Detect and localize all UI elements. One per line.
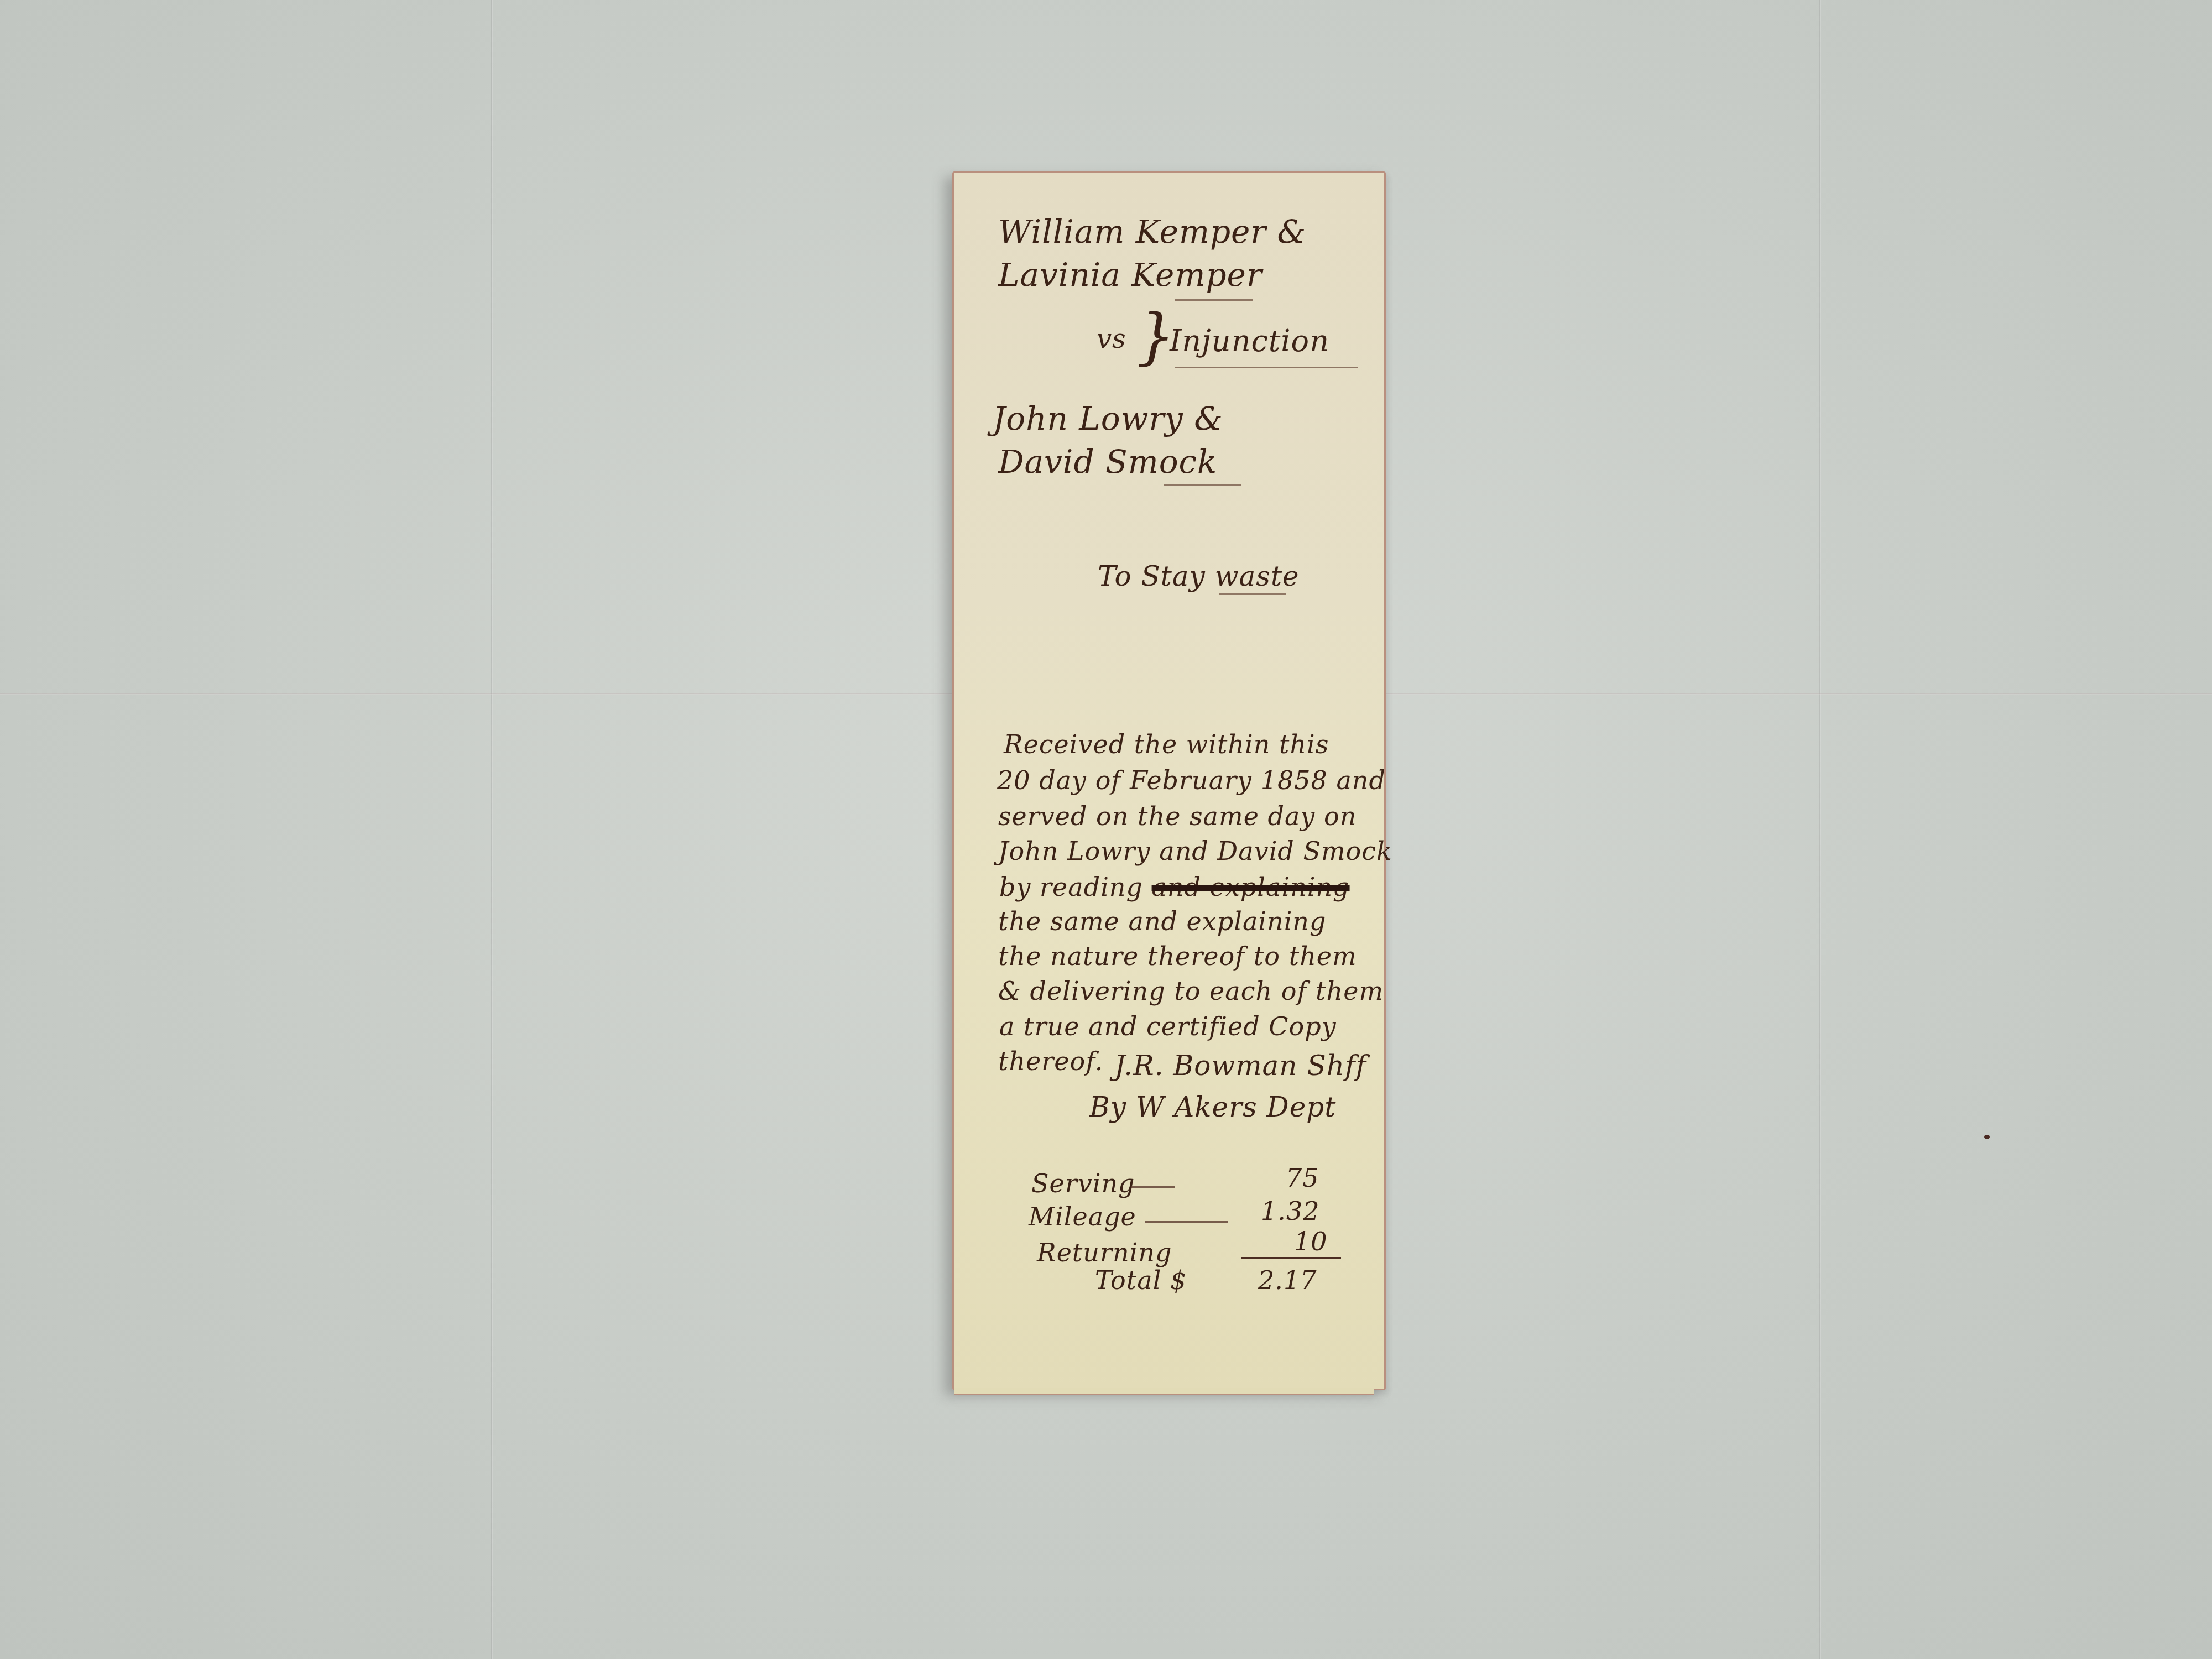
plaintiff-1: William Kemper & (998, 213, 1306, 251)
return-line-7: the nature thereof to them (998, 943, 1357, 969)
subject-line: To Stay waste (1098, 560, 1300, 592)
return-line-5: by reading and explaining (999, 874, 1350, 900)
return-line-3: served on the same day on (998, 804, 1357, 829)
total-amount: 2.17 (1258, 1265, 1317, 1295)
fee-label-mileage: Mileage (1029, 1202, 1136, 1232)
document-slip: William Kemper & Lavinia Kemper vs } Inj… (952, 171, 1386, 1390)
return-line-4: John Lowry and David Smock (998, 838, 1392, 864)
total-sum-rule (1241, 1257, 1341, 1259)
versus-mark: vs (1097, 324, 1126, 354)
total-label: Total $ (1095, 1265, 1187, 1295)
return-line-8: & delivering to each of them (998, 978, 1384, 1004)
backing-fold-crease-left (491, 0, 493, 1659)
fee-label-serving: Serving (1031, 1168, 1135, 1198)
fee-amount-serving: 75 (1286, 1163, 1319, 1193)
struck-out-text: and explaining (1152, 872, 1350, 902)
action-title: Injunction (1170, 324, 1329, 358)
action-underline (1175, 367, 1358, 368)
fee-dash-mileage (1145, 1221, 1228, 1223)
deputy-signature: By W Akers Dept (1089, 1091, 1336, 1123)
defendant-underline (1164, 484, 1241, 486)
return-line-5-text: by reading (999, 872, 1143, 902)
return-line-10: thereof. (998, 1048, 1103, 1074)
return-line-9: a true and certified Copy (999, 1014, 1337, 1039)
backing-fold-crease-right (1819, 0, 1821, 1659)
return-line-1: Received the within this (1004, 732, 1329, 757)
fee-label-returning: Returning (1037, 1238, 1172, 1267)
plaintiff-2: Lavinia Kemper (998, 256, 1262, 294)
fee-amount-returning: 10 (1294, 1227, 1328, 1256)
return-line-2: 20 day of February 1858 and (997, 768, 1386, 793)
backing-ink-speck (1984, 1135, 1990, 1139)
sheriff-signature: J.R. Bowman Shff (1114, 1050, 1366, 1082)
defendant-1: John Lowry & (993, 400, 1223, 437)
defendant-2: David Smock (998, 443, 1217, 481)
fee-dash-serving (1131, 1186, 1175, 1188)
subject-underline (1219, 593, 1286, 595)
fee-amount-mileage: 1.32 (1261, 1196, 1319, 1226)
plaintiff-underline (1175, 299, 1253, 301)
return-line-6: the same and explaining (998, 909, 1326, 934)
